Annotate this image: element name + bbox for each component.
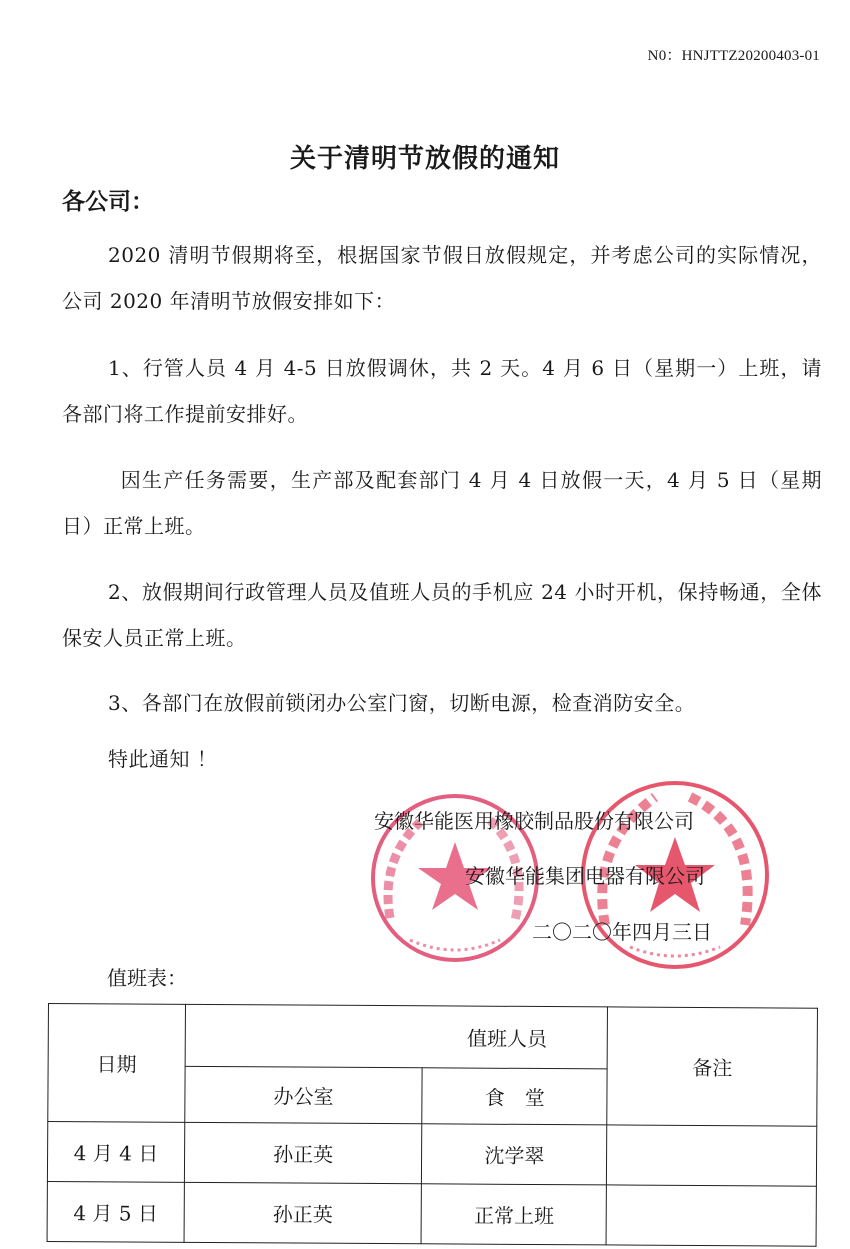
duty-table: 日期 值班人员 备注 办公室 食 堂 4 月 4 日 孙正英 沈学翠 4 月 5… [47,1003,818,1247]
document-date: 二〇二〇年四月三日 [532,916,712,945]
table-row: 4 月 4 日 孙正英 沈学翠 [47,1122,816,1187]
cell-date: 4 月 5 日 [47,1181,184,1242]
paragraph-text: 1、行管人员 4 月 4-5 日放假调休，共 2 天。4 月 6 日（星期一）上… [62,356,822,426]
cell-remarks [607,1125,817,1186]
header-remarks: 备注 [607,1007,817,1126]
paragraph-text: 2020 清明节假期将至，根据国家节假日放假规定，并考虑公司的实际情况，公司 2… [62,243,822,313]
signatory-1: 安徽华能医用橡胶制品股份有限公司 [374,805,694,834]
header-date: 日期 [48,1004,186,1123]
closing-text: 特此通知 ！ [108,747,217,771]
paragraph-item-3: 3、各部门在放假前锁闭办公室门窗，切断电源，检查消防安全。 [62,680,822,726]
paragraph-text: 2、放假期间行政管理人员及值班人员的手机应 24 小时开机，保持畅通，全体保安人… [62,580,822,650]
cell-canteen: 正常上班 [422,1184,607,1245]
paragraph-production: 因生产任务需要，生产部及配套部门 4 月 4 日放假一天，4 月 5 日（星期日… [62,457,822,549]
duty-table-label: 值班表： [107,962,187,991]
cell-office: 孙正英 [184,1122,422,1183]
paragraph-intro: 2020 清明节假期将至，根据国家节假日放假规定，并考虑公司的实际情况，公司 2… [62,232,822,324]
cell-office: 孙正英 [184,1182,422,1243]
cell-canteen: 沈学翠 [422,1124,607,1185]
signatory-2: 安徽华能集团电器有限公司 [465,860,705,889]
document-title: 关于清明节放假的通知 [0,138,850,175]
cell-remarks [606,1185,816,1246]
paragraph-item-1: 1、行管人员 4 月 4-5 日放假调休，共 2 天。4 月 6 日（星期一）上… [62,345,822,437]
table-row: 4 月 5 日 孙正英 正常上班 [47,1181,816,1246]
paragraph-text: 因生产任务需要，生产部及配套部门 4 月 4 日放假一天，4 月 5 日（星期日… [62,468,822,538]
document-number: N0：HNJTTZ20200403-01 [648,44,820,65]
salutation: 各公司： [62,183,154,216]
paragraph-text: 3、各部门在放假前锁闭办公室门窗，切断电源，检查消防安全。 [108,691,695,715]
header-office: 办公室 [185,1066,423,1123]
header-staff: 值班人员 [185,1004,608,1069]
header-canteen: 食 堂 [422,1068,607,1125]
cell-date: 4 月 4 日 [47,1122,184,1183]
paragraph-item-2: 2、放假期间行政管理人员及值班人员的手机应 24 小时开机，保持畅通，全体保安人… [62,569,822,661]
